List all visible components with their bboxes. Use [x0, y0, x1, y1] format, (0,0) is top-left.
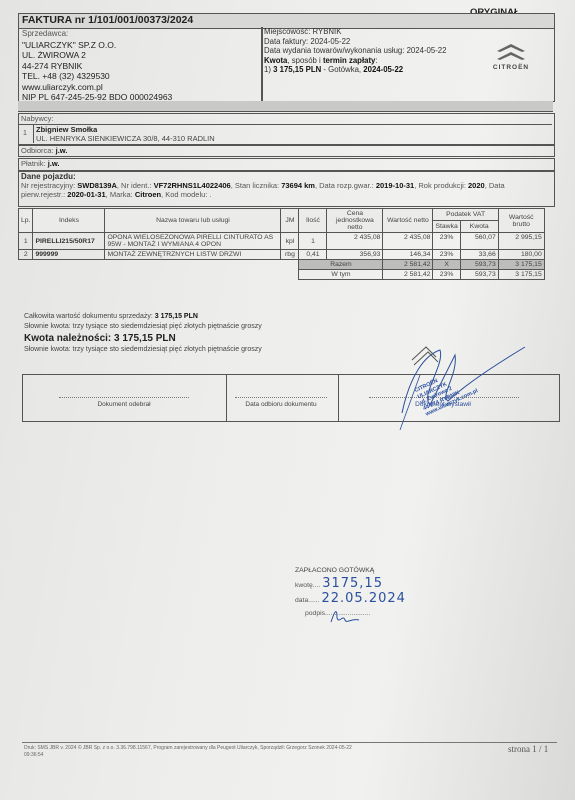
- cell-index: PIRELLI215/50R17: [33, 233, 105, 250]
- col-unit-price: Cena jednostkowa netto: [327, 209, 383, 233]
- vehicle-details: Nr rejestracyjny: SWD8139A, Nr ident.: V…: [21, 181, 554, 190]
- words-value: trzy tysiące sto siedemdziesiąt pięć zło…: [73, 346, 262, 353]
- buyer-section: Nabywcy: 1 Zbigniew Smołka UL. HENRYKA S…: [18, 113, 555, 145]
- doc-value-row: Całkowita wartość dokumentu sprzedaży: 3…: [24, 312, 262, 322]
- paid-signature-label: podpis: [305, 610, 325, 617]
- buyer-name: Zbigniew Smołka: [36, 125, 97, 134]
- due-row: Kwota należności: 3 175,15 PLN: [24, 332, 262, 345]
- of-which-net: 2 581,42: [383, 270, 433, 280]
- due-label: Kwota należności:: [24, 333, 111, 344]
- invoice-page: ORYGINAŁ FAKTURA nr 1/101/001/00373/2024…: [0, 0, 575, 800]
- seller-city: 44-274 RYBNIK: [22, 61, 172, 72]
- of-which-label: W tym: [299, 270, 383, 280]
- company-stamp: CITROËN ULIARCZYK ul. Żwirowa 2 44-274 R…: [330, 335, 530, 435]
- sum-net: 2 581,42: [383, 260, 433, 270]
- table-row: 1 PIRELLI215/50R17 OPONA WIELOSEZONOWA P…: [19, 233, 545, 250]
- words-value: trzy tysiące sto siedemdziesiąt pięć zło…: [73, 323, 262, 330]
- invoice-date-value: 2024-05-22: [310, 37, 350, 46]
- col-unit: JM: [281, 209, 299, 233]
- first-reg-label-b: pierw.rejestr.:: [21, 190, 65, 199]
- model-label: , Kod modelu: .: [161, 190, 211, 199]
- col-vat-amount: Kwota: [460, 221, 498, 233]
- cell-unit-price: 356,93: [327, 250, 383, 260]
- citroen-logo: CITROËN: [486, 42, 536, 76]
- cell-qty: 1: [299, 233, 327, 250]
- col-gross: Wartość brutto: [498, 209, 544, 233]
- vin-value: VF72RHNS1L4022406: [154, 181, 231, 190]
- delivery-date-value: 2024-05-22: [407, 46, 447, 55]
- delivery-date-row: Data wydania towarów/wykonania usług: 20…: [264, 46, 446, 56]
- payment-date: 2024-05-22: [363, 65, 403, 74]
- page-number: strona 1 / 1: [508, 744, 548, 754]
- cell-lp: 1: [19, 233, 33, 250]
- payment-label-row: Kwota, sposób i termin zapłaty:: [264, 56, 446, 66]
- cell-unit: kpl: [281, 233, 299, 250]
- payer-label: Płatnik:: [21, 159, 46, 168]
- sum-vat-amount: 593,73: [460, 260, 498, 270]
- warranty-label: , Data rozp.gwar.:: [315, 181, 374, 190]
- buyer-lp-divider: [33, 124, 34, 143]
- cell-name: MONTAŻ ZEWNĘTRZNYCH LISTW DRZWI: [105, 250, 281, 260]
- received-date-line: [235, 397, 327, 398]
- payer-section: Płatnik: j.w.: [18, 158, 555, 171]
- doc-value: 3 175,15 PLN: [155, 313, 198, 320]
- col-vat: Podatek VAT: [433, 209, 498, 221]
- seller-label: Sprzedawca:: [22, 29, 172, 40]
- seller-street: UL. ŻWIROWA 2: [22, 50, 172, 61]
- cell-qty: 0,41: [299, 250, 327, 260]
- payment-prefix: 1): [264, 65, 271, 74]
- col-index: Indeks: [33, 209, 105, 233]
- payment-label-colon: :: [375, 56, 377, 65]
- warranty-value: 2019-10-31: [376, 181, 414, 190]
- place-value: RYBNIK: [313, 27, 342, 36]
- place-label: Miejscowość:: [264, 27, 310, 36]
- make-value: Citroen: [135, 190, 161, 199]
- totals-block: Całkowita wartość dokumentu sprzedaży: 3…: [24, 312, 262, 355]
- cell-net: 2 435,08: [383, 233, 433, 250]
- col-lp: Lp.: [19, 209, 33, 233]
- seller-website: www.uliarczyk.com.pl: [22, 82, 172, 93]
- payment-label-method: , sposób i: [287, 56, 323, 65]
- invoice-date-row: Data faktury: 2024-05-22: [264, 37, 446, 47]
- buyer-address: UL. HENRYKA SIENKIEWICZA 30/8, 44-310 RA…: [36, 134, 215, 143]
- sum-gross: 3 175,15: [498, 260, 544, 270]
- table-row: 2 999999 MONTAŻ ZEWNĘTRZNYCH LISTW DRZWI…: [19, 250, 545, 260]
- buyer-divider: [19, 124, 552, 125]
- sum-vat-rate: X: [433, 260, 460, 270]
- seller-name: "ULIARCZYK" SP.Z O.O.: [22, 40, 172, 51]
- buyer-lp: 1: [23, 130, 27, 137]
- payment-amount: 3 175,15 PLN: [273, 65, 321, 74]
- vehicle-label: Dane pojazdu:: [21, 172, 554, 181]
- of-which-vat-amount: 593,73: [460, 270, 498, 280]
- footer-time: 09:36:54: [24, 752, 444, 759]
- recipient-section: Odbiorca: j.w.: [18, 145, 555, 157]
- paid-note: ZAPŁACONO GOTÓWKĄ kwotę.... 3175,15 data…: [295, 564, 406, 620]
- payment-label-term: termin zapłaty: [323, 56, 375, 65]
- table-header-row-1: Lp. Indeks Nazwa towaru lub usługi JM Il…: [19, 209, 545, 221]
- col-net: Wartość netto: [383, 209, 433, 233]
- received-date-label: Data odbioru dokumentu: [229, 401, 333, 408]
- logo-text: CITROËN: [486, 64, 536, 71]
- place-row: Miejscowość: RYBNIK: [264, 27, 446, 37]
- handwritten-signature-icon: [329, 608, 369, 626]
- of-which-vat-rate: 23%: [433, 270, 460, 280]
- citroen-chevrons-icon: [494, 42, 528, 64]
- payment-label-amount: Kwota: [264, 56, 287, 65]
- payment-method: - Gotówka,: [321, 65, 363, 74]
- invoice-date-label: Data faktury:: [264, 37, 308, 46]
- sign-divider-1: [226, 375, 227, 421]
- words-label: Słownie kwota:: [24, 323, 71, 330]
- seller-block: Sprzedawca: "ULIARCZYK" SP.Z O.O. UL. ŻW…: [22, 29, 172, 103]
- vehicle-details-2: pierw.rejestr.: 2020-01-31, Marka: Citro…: [21, 190, 554, 199]
- year-value: 2020: [468, 181, 485, 190]
- reg-label: Nr rejestracyjny:: [21, 181, 75, 190]
- sum-label: Razem: [299, 260, 383, 270]
- words-label: Słownie kwota:: [24, 346, 71, 353]
- col-name: Nazwa towaru lub usługi: [105, 209, 281, 233]
- cell-lp: 2: [19, 250, 33, 260]
- cell-vat-amount: 560,07: [460, 233, 498, 250]
- reg-value: SWD8139A: [77, 181, 117, 190]
- seller-phone: TEL. +48 (32) 4329530: [22, 71, 172, 82]
- make-label: , Marka:: [106, 190, 133, 199]
- invoice-title: FAKTURA nr 1/101/001/00373/2024: [22, 14, 193, 26]
- buyer-label: Nabywcy:: [21, 114, 54, 123]
- delivery-date-label: Data wydania towarów/wykonania usług:: [264, 46, 404, 55]
- info-block: Miejscowość: RYBNIK Data faktury: 2024-0…: [264, 27, 446, 75]
- paid-date: 22.05.2024: [321, 591, 405, 606]
- cell-vat-rate: 23%: [433, 250, 460, 260]
- odometer-value: 73694 km: [281, 181, 315, 190]
- cell-unit-price: 2 435,08: [327, 233, 383, 250]
- cell-name: OPONA WIELOSEZONOWA PIRELLI CINTURATO AS…: [105, 233, 281, 250]
- cell-vat-rate: 23%: [433, 233, 460, 250]
- received-by-label: Dokument odebrał: [59, 401, 189, 408]
- first-reg-label-a: , Data: [485, 181, 505, 190]
- paid-date-row: data...... 22.05.2024: [295, 592, 406, 607]
- of-which-gross: 3 175,15: [498, 270, 544, 280]
- col-vat-rate: Stawka: [433, 221, 460, 233]
- payment-row: 1) 3 175,15 PLN - Gotówka, 2024-05-22: [264, 65, 446, 75]
- cell-net: 146,34: [383, 250, 433, 260]
- col-qty: Ilość: [299, 209, 327, 233]
- odometer-label: , Stan licznika:: [231, 181, 279, 190]
- footer-text: Druk: SMS JBR v. 2024 © JBR Sp. z o.o. 3…: [24, 745, 444, 759]
- payer-value: j.w.: [48, 159, 60, 168]
- of-which-row: W tym 2 581,42 23% 593,73 3 175,15: [19, 270, 545, 280]
- paid-amount-row: kwotę.... 3175,15: [295, 577, 406, 592]
- cell-gross: 2 995,15: [498, 233, 544, 250]
- cell-index: 999999: [33, 250, 105, 260]
- recipient-value: j.w.: [56, 146, 68, 155]
- vehicle-section: Dane pojazdu: Nr rejestracyjny: SWD8139A…: [18, 171, 555, 207]
- cell-vat-amount: 33,66: [460, 250, 498, 260]
- recipient-label: Odbiorca:: [21, 146, 54, 155]
- first-reg-value: 2020-01-31: [67, 190, 105, 199]
- words-row-2: Słownie kwota: trzy tysiące sto siedemdz…: [24, 345, 262, 355]
- cell-unit: rbg: [281, 250, 299, 260]
- separator-band: [18, 101, 553, 112]
- paid-amount-label: kwotę: [295, 582, 313, 589]
- footer-line: [22, 742, 557, 743]
- doc-value-label: Całkowita wartość dokumentu sprzedaży:: [24, 313, 153, 320]
- year-label: , Rok produkcji:: [414, 181, 466, 190]
- vin-label: , Nr ident.:: [117, 181, 152, 190]
- paid-amount: 3175,15: [322, 576, 383, 591]
- cell-gross: 180,00: [498, 250, 544, 260]
- due-value: 3 175,15 PLN: [114, 333, 176, 344]
- paid-date-label: data: [295, 597, 308, 604]
- items-table: Lp. Indeks Nazwa towaru lub usługi JM Il…: [18, 208, 545, 280]
- footer-software: Druk: SMS JBR v. 2024 © JBR Sp. z o.o. 3…: [24, 745, 444, 752]
- words-row-1: Słownie kwota: trzy tysiące sto siedemdz…: [24, 322, 262, 332]
- received-by-line: [59, 397, 189, 398]
- sum-row: Razem 2 581,42 X 593,73 3 175,15: [19, 260, 545, 270]
